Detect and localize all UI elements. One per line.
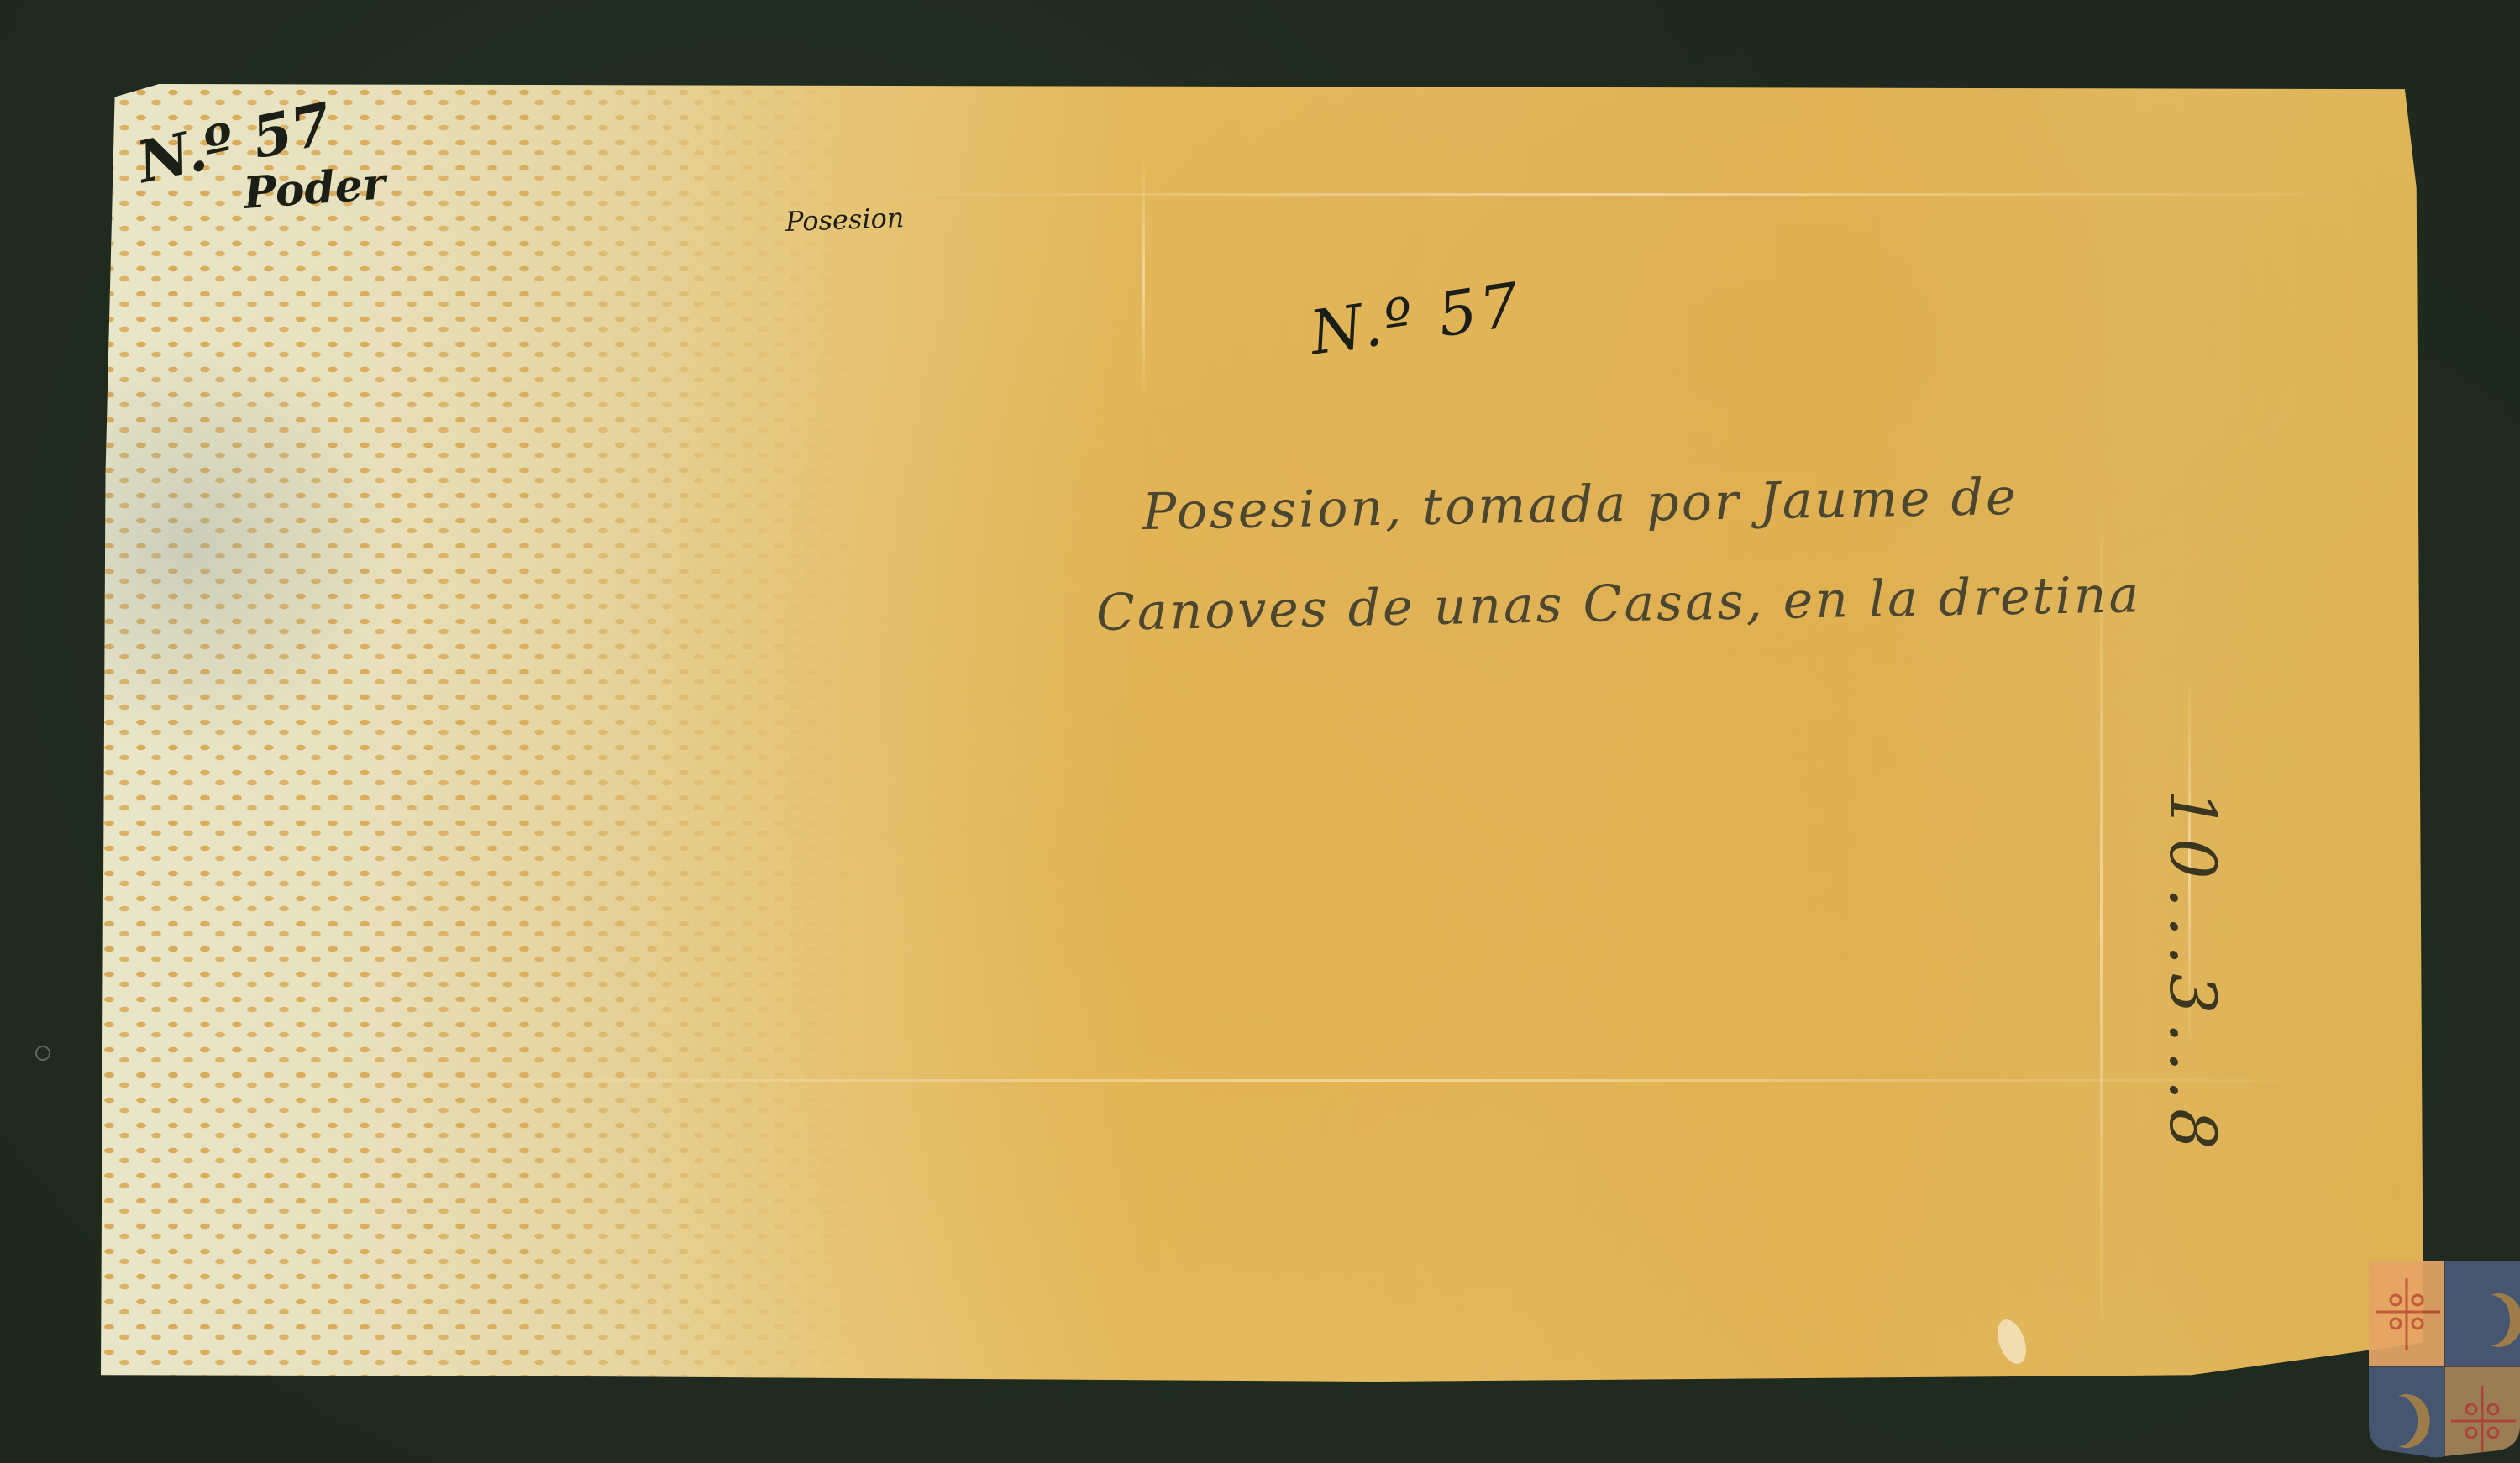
vertical-shelfmark: 10...3...8 bbox=[2155, 789, 2230, 1157]
parchment-sheet bbox=[101, 84, 2423, 1382]
parchment-flake bbox=[1992, 1316, 2031, 1368]
fold-line bbox=[857, 193, 2369, 196]
coat-of-arms-icon bbox=[2352, 1245, 2520, 1459]
top-left-overwritten-word: Poder bbox=[242, 158, 387, 219]
fold-line bbox=[2100, 504, 2103, 1344]
posesion-label: Posesion bbox=[785, 202, 905, 238]
fold-line bbox=[1142, 151, 1145, 403]
stain bbox=[101, 336, 395, 756]
mount-pin-mark bbox=[35, 1046, 50, 1061]
fold-line bbox=[353, 1079, 2369, 1082]
